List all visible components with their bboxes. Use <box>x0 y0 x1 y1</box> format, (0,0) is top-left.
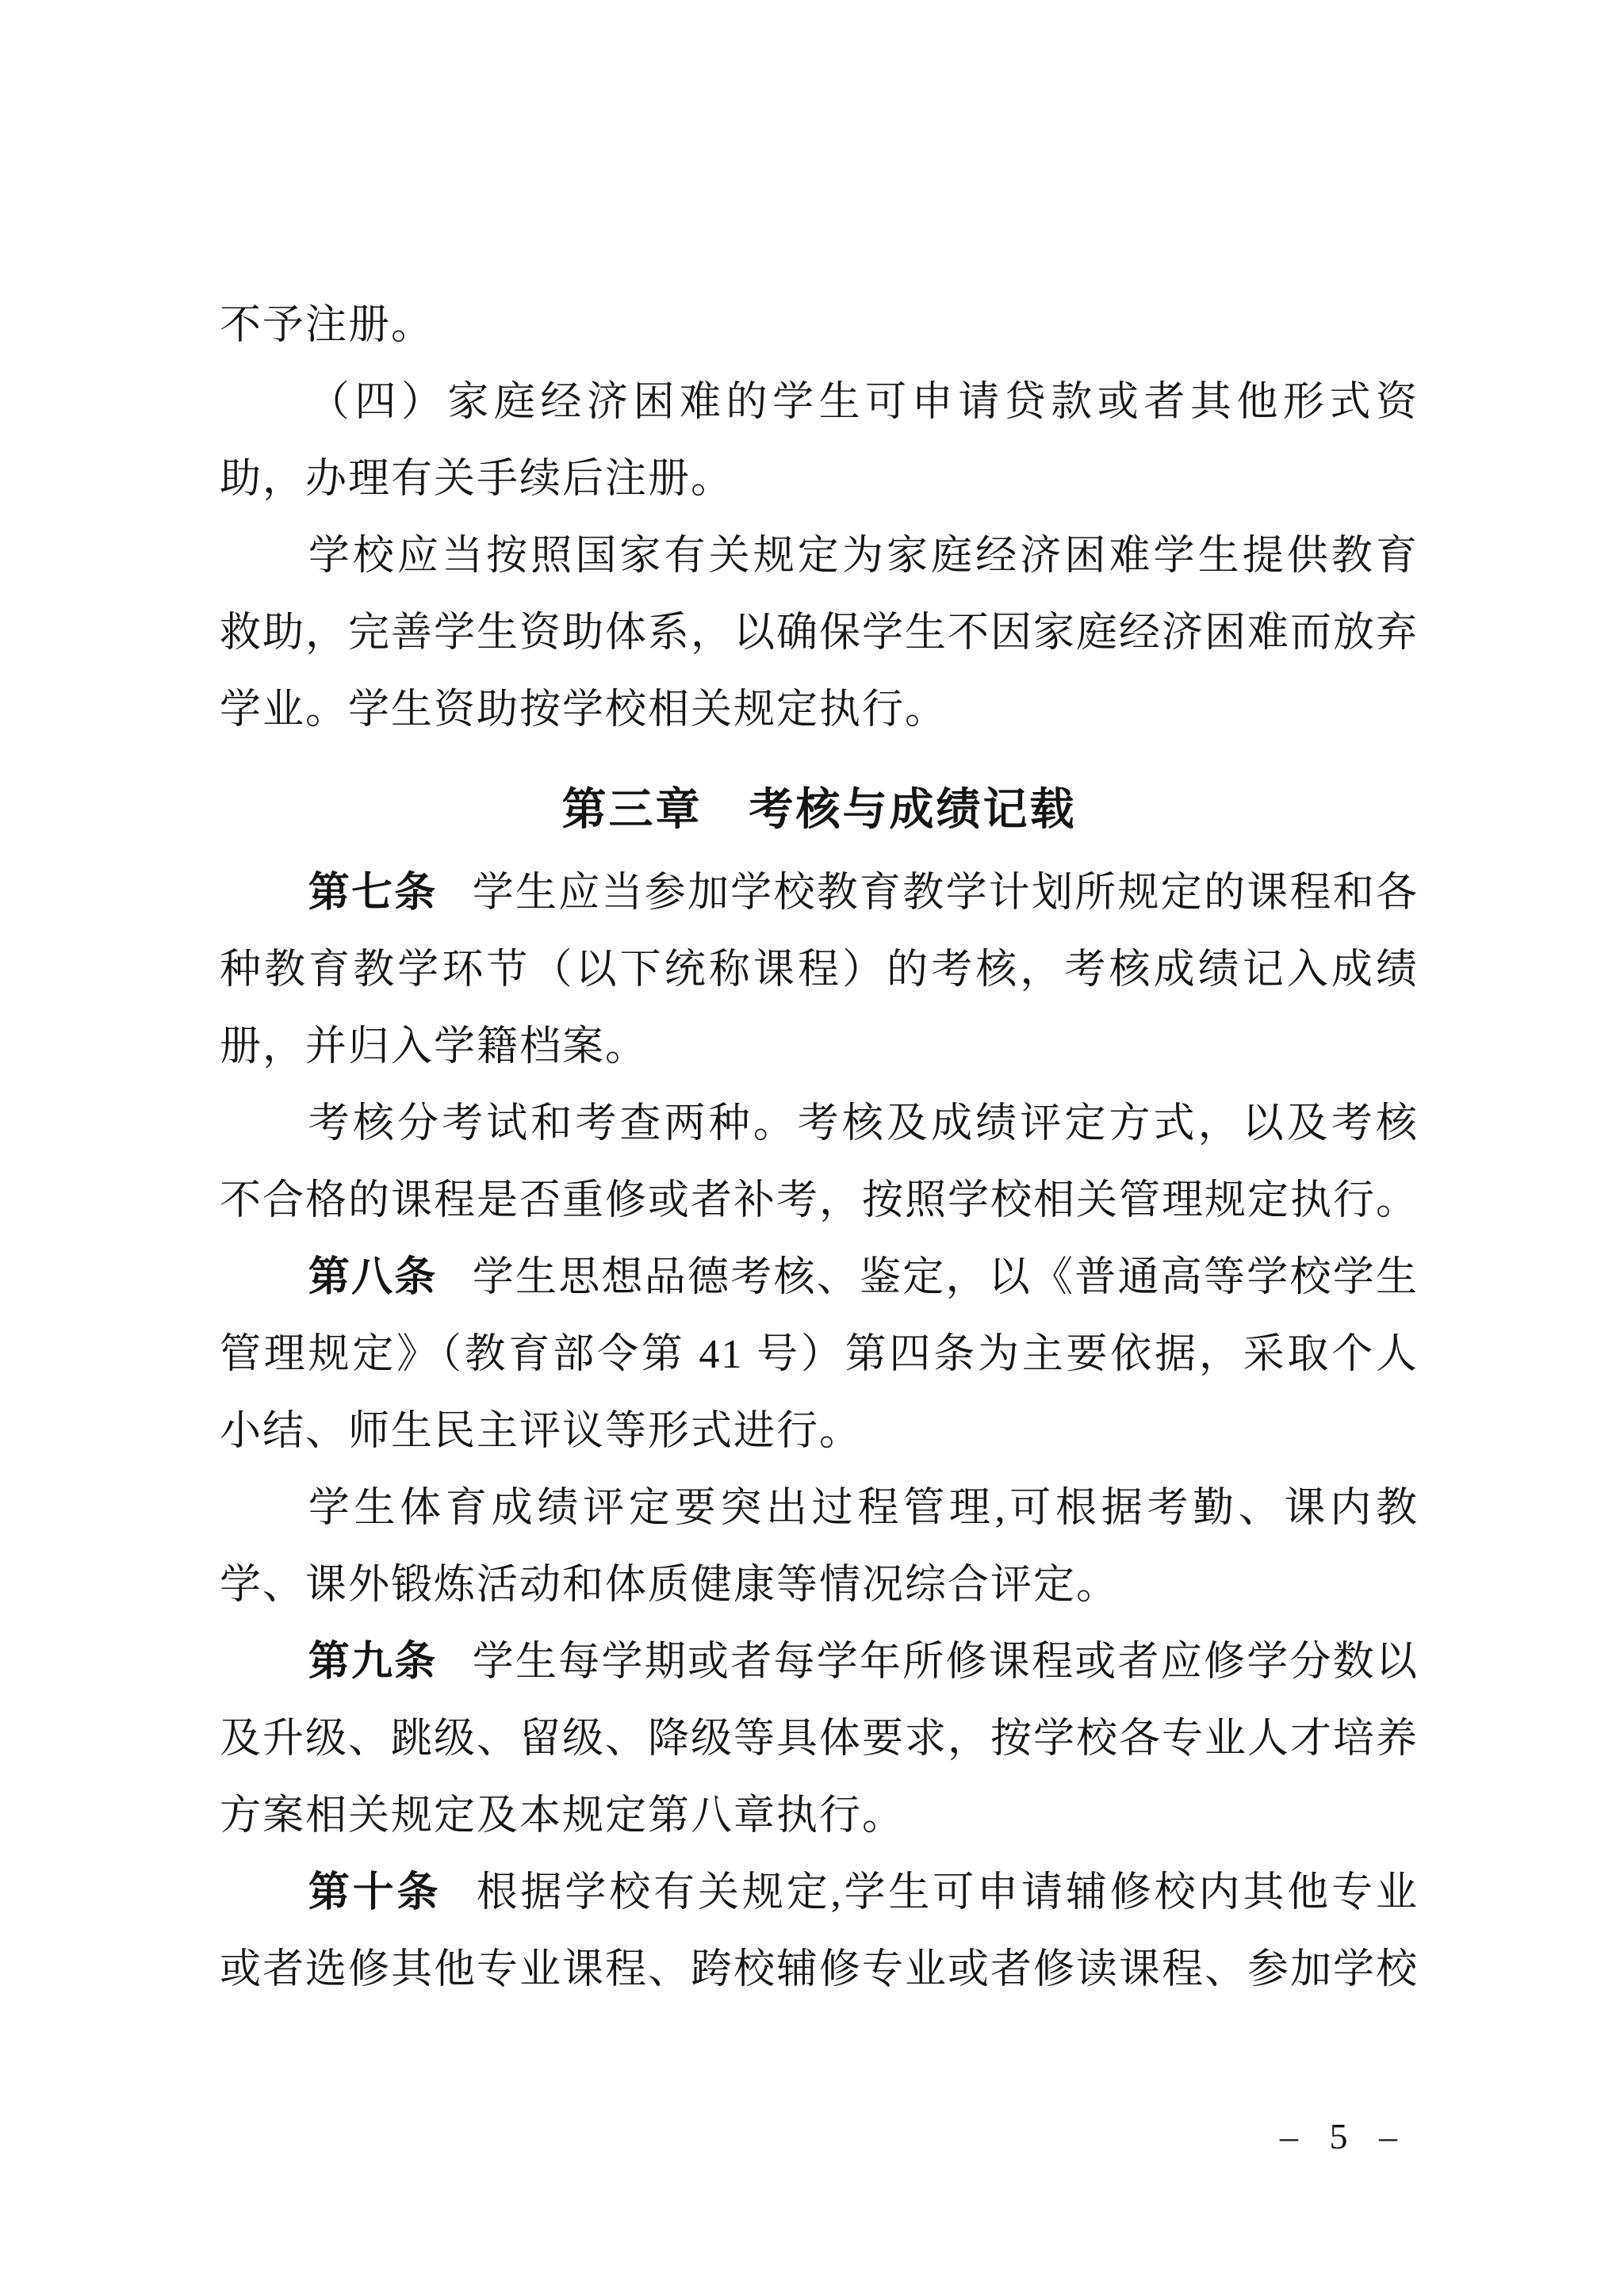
document-body: 不予注册。（四）家庭经济困难的学生可申请贷款或者其他形式资助，办理有关手续后注册… <box>220 287 1419 2008</box>
paragraph: 第十条根据学校有关规定,学生可申请辅修校内其他专业或者选修其他专业课程、跨校辅修… <box>220 1854 1419 2008</box>
paragraph: 学生体育成绩评定要突出过程管理,可根据考勤、课内教学、课外锻炼活动和体质健康等情… <box>220 1470 1419 1624</box>
paragraph-text: 学校应当按照国家有关规定为家庭经济困难学生提供教育救助，完善学生资助体系，以确保… <box>220 534 1419 733</box>
page-number: – 5 – <box>1280 2115 1408 2157</box>
chapter-heading: 第三章 考核与成绩记载 <box>220 769 1419 851</box>
paragraph: 第七条学生应当参加学校教育教学计划所规定的课程和各种教育教学环节（以下统称课程）… <box>220 855 1419 1085</box>
paragraph-text: 不予注册。 <box>220 303 434 348</box>
paragraph-text: （四）家庭经济困难的学生可申请贷款或者其他形式资助，办理有关手续后注册。 <box>220 380 1419 502</box>
paragraph-text: 学生体育成绩评定要突出过程管理,可根据考勤、课内教学、课外锻炼活动和体质健康等情… <box>220 1486 1419 1608</box>
paragraph-text: 考核分考试和考查两种。考核及成绩评定方式，以及考核不合格的课程是否重修或者补考，… <box>220 1101 1419 1223</box>
article-number: 第九条 <box>308 1638 438 1686</box>
paragraph: 考核分考试和考查两种。考核及成绩评定方式，以及考核不合格的课程是否重修或者补考，… <box>220 1085 1419 1239</box>
article-number: 第七条 <box>308 869 438 916</box>
article-number: 第十条 <box>308 1869 442 1916</box>
paragraph: 学校应当按照国家有关规定为家庭经济困难学生提供教育救助，完善学生资助体系，以确保… <box>220 518 1419 748</box>
article-number: 第八条 <box>308 1253 438 1301</box>
paragraph: （四）家庭经济困难的学生可申请贷款或者其他形式资助，办理有关手续后注册。 <box>220 364 1419 518</box>
document-page: 不予注册。（四）家庭经济困难的学生可申请贷款或者其他形式资助，办理有关手续后注册… <box>0 0 1624 2296</box>
paragraph: 不予注册。 <box>220 287 1419 364</box>
paragraph: 第九条学生每学期或者每学年所修课程或者应修学分数以及升级、跳级、留级、降级等具体… <box>220 1624 1419 1854</box>
paragraph: 第八条学生思想品德考核、鉴定，以《普通高等学校学生管理规定》（教育部令第 41 … <box>220 1239 1419 1470</box>
